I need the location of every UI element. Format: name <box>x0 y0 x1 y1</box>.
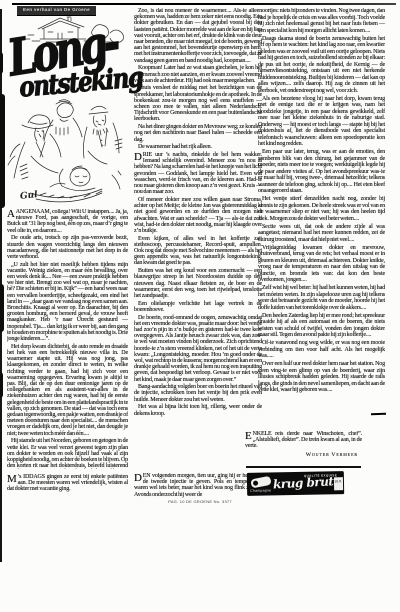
paragraph-text: Den heelen Zaterdag liep hij er mee rond… <box>258 313 385 339</box>
paragraph-text: De oude arts, trotsch op zijn pas-verove… <box>7 235 128 260</box>
paragraph-text: Een olielampje verlichtte het lage vertr… <box>134 301 262 313</box>
text-column-2: Zoo, is dat nou meneer de waarnemer.... … <box>134 8 262 468</box>
story-paragraph: Koopman! Later had ze wat staan giechele… <box>134 65 262 84</box>
story-paragraph: Een olielampje verlichtte het lage vertr… <box>134 301 262 313</box>
story-paragraph: Over een half uur reed dokter hem naar h… <box>258 361 385 394</box>
paragraph-text: IDDAGS gingen ze eerst bij enkele patiën… <box>7 474 128 492</box>
paragraph-text: Zoo, is dat nou meneer de waarnemer.... … <box>134 8 262 64</box>
story-paragraph: Daags daarna stond de boerin zenuwachtig… <box>258 36 385 95</box>
text-column-3-end: ENKELE reis derde naar Winschoten, chef”… <box>245 431 362 463</box>
story-paragraph: Het dorp kwam dichterbij, de auto remde … <box>7 344 128 437</box>
paragraph-text: De boerin, rood-omrand de oogen, zenuwac… <box>134 315 262 383</box>
family-around-sickbed-illustration <box>0 97 132 207</box>
paragraph-text: „U zult het hier niet moeilijk hebben ti… <box>7 262 128 342</box>
paragraph-text: De waarnemer had het rijk alleen. <box>138 144 212 150</box>
author-byline: Wouter Vermeer <box>245 452 362 458</box>
story-paragraph: Thuis versleet de middag met het bezicht… <box>134 85 262 122</box>
text-column-1: AANGENAAM, collega! Wilt U instappen....… <box>7 209 128 469</box>
paragraph-text: Zelf wist hij wel beter: hij had het kun… <box>258 285 385 311</box>
story-paragraph: Vrijdagmiddag kwamen dokter en mevrouw, … <box>258 245 385 284</box>
drop-cap: A <box>7 209 16 219</box>
paragraph-text: Het ventje stierf denzelfden nacht nog, … <box>258 196 385 222</box>
text-column-1-end: ’s MIDDAGS gingen ze eerst bij enkele pa… <box>7 474 128 500</box>
champagne-advert: Champagne krug brut Qualité exquise 1/1 … <box>247 471 344 496</box>
story-paragraph: ENKELE reis derde naar Winschoten, chef”… <box>245 431 362 450</box>
story-paragraph: Een paar uur later, terug, was er aan de… <box>258 149 385 195</box>
advert-product-label: Champagne <box>250 488 271 492</box>
paragraph-text: Daags daarna stond de boerin zenuwachtig… <box>258 36 385 94</box>
drop-cap: E <box>245 431 253 441</box>
paragraph-text: Het was al bijna licht toen hij, rilleri… <box>134 404 262 416</box>
paragraph-text: EN volgenden morgen, tien uur, ging hij … <box>134 473 262 498</box>
story-paragraph: oortjes: niets bijzonders te vinden. Nog… <box>258 8 385 34</box>
paragraph-text: Bang-aandachtig volgden boer en boerin h… <box>134 384 262 402</box>
bottle-label-dot <box>253 480 259 486</box>
paragraph-text: oortjes: niets bijzonders te vinden. Nog… <box>258 8 385 34</box>
paragraph-text: Over een half uur reed dokter hem naar h… <box>258 361 385 393</box>
illustrator-signature: Gul <box>20 190 39 202</box>
story-paragraph: Na het diner gingen dokter en Mevrouw we… <box>134 124 262 143</box>
paragraph-text: Koopman! Later had ze wat staan giechele… <box>134 65 262 83</box>
paragraph-text: NKELE reis derde naar Winschoten, chef”.… <box>245 431 362 449</box>
scan-edge-blob <box>0 284 4 332</box>
bottle-icon <box>250 476 271 489</box>
story-paragraph: AANGENAAM, collega! Wilt U instappen....… <box>7 209 128 234</box>
story-paragraph: Als een bezetene vloog hij naar het dorp… <box>258 96 385 148</box>
story-paragraph: Even kijken, of alles wel in het koffert… <box>134 236 262 267</box>
drop-cap: D <box>134 473 143 483</box>
story-paragraph: Bang-aandachtig volgden boer en boerin h… <box>134 384 262 403</box>
story-paragraph: De waarnemer had het rijk alleen. <box>134 144 262 150</box>
story-paragraph: Het was al bijna licht toen hij, rilleri… <box>134 404 262 416</box>
advert-tagline: Qualité exquise <box>304 473 337 478</box>
story-paragraph: Zoo, is dat nou meneer de waarnemer.... … <box>134 8 262 64</box>
story-paragraph: Buiten was het erg koud voor een zomerna… <box>134 268 262 299</box>
story-paragraph: Of meneer dokter mee zou willen gaan naa… <box>134 197 262 234</box>
drop-cap: M <box>7 474 18 484</box>
paragraph-text: Sectie wees uit, dat ook de andere zijde… <box>258 224 385 243</box>
paragraph-text: Na het diner gingen dokter en Mevrouw we… <box>134 124 262 142</box>
story-paragraph: „U zult het hier niet moeilijk hebben ti… <box>7 262 128 343</box>
advert-badge: 1/1 fl. <box>334 477 343 490</box>
story-paragraph: ’s MIDDAGS gingen ze eerst bij enkele pa… <box>7 474 128 493</box>
paragraph-text: Of-ie vanavond nog weg wilde, er was nog… <box>258 340 385 359</box>
story-paragraph: Sectie wees uit, dat ook de andere zijde… <box>258 224 385 244</box>
scan-edge-blob <box>0 372 3 398</box>
paragraph-text: ANGENAAM, collega! Wilt U instappen.... … <box>7 209 128 234</box>
story-paragraph: DRIE uur ’s nachts, rinkelde de bel hem … <box>134 152 262 195</box>
paragraph-text: Even kijken, of alles wel in het koffert… <box>134 236 262 267</box>
newspaper-page: Een verhaal van De Groene Long- ontsteki… <box>0 0 400 612</box>
story-paragraph: Het ventje stierf denzelfden nacht nog, … <box>258 196 385 222</box>
page-footer: PAG. 10 DE GROENE No. 3377 <box>146 499 254 504</box>
paragraph-text: Of meneer dokter mee zou willen gaan naa… <box>134 197 262 234</box>
paragraph-text: Buiten was het erg koud voor een zomerna… <box>134 268 262 299</box>
paragraph-text: RIE uur ’s nachts, rinkelde de bel hem w… <box>134 152 262 195</box>
paragraph-text: Het dorp kwam dichterbij, de auto remde … <box>7 344 128 437</box>
paragraph-text: Als een bezetene vloog hij naar het dorp… <box>258 96 385 148</box>
story-paragraph: Zelf wist hij wel beter: hij had het kun… <box>258 285 385 311</box>
text-column-3: oortjes: niets bijzonders te vinden. Nog… <box>258 8 385 426</box>
paragraph-text: Hij stamde uit het Noorden, geboren en g… <box>7 438 128 469</box>
advert-divider-rule <box>246 466 361 468</box>
scan-edge-blob <box>0 52 3 74</box>
story-paragraph: Hij stamde uit het Noorden, geboren en g… <box>7 438 128 469</box>
story-paragraph: DEN volgenden morgen, tien uur, ging hij… <box>134 473 262 498</box>
story-paragraph: Of-ie vanavond nog weg wilde, er was nog… <box>258 340 385 360</box>
paragraph-text: Een paar uur later, terug, was er aan de… <box>258 149 385 194</box>
story-paragraph: De boerin, rood-omrand de oogen, zenuwac… <box>134 315 262 383</box>
story-paragraph: Den heelen Zaterdag liep hij er mee rond… <box>258 313 385 339</box>
paragraph-text: Thuis versleet de middag met het bezicht… <box>134 85 262 122</box>
paragraph-text: Vrijdagmiddag kwamen dokter en mevrouw, … <box>258 245 385 284</box>
story-paragraph: De oude arts, trotsch op zijn pas-verove… <box>7 235 128 260</box>
drop-cap: D <box>134 152 143 162</box>
text-column-2-end: DEN volgenden morgen, tien uur, ging hij… <box>134 473 262 498</box>
top-rule <box>12 3 396 5</box>
